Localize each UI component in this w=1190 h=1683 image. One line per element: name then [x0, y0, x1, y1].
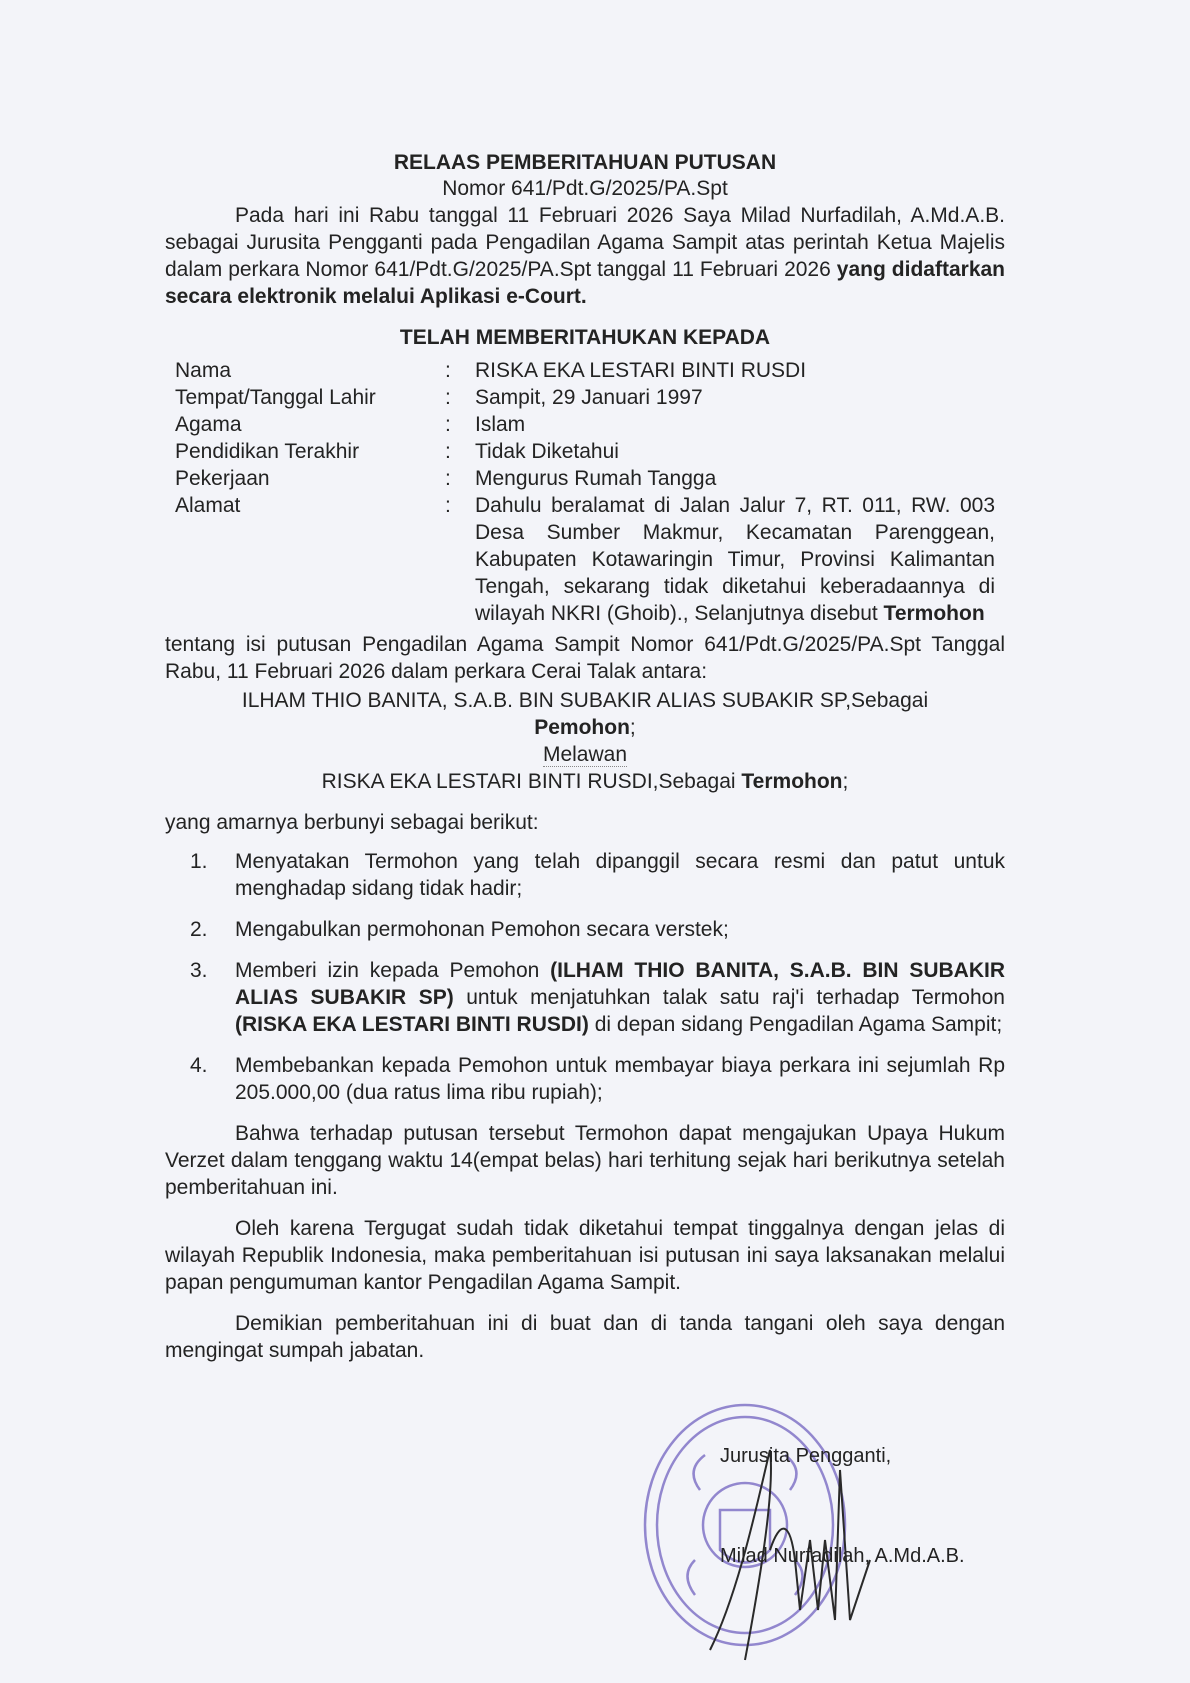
identity-row-alamat: Alamat:Dahulu beralamat di Jalan Jalur 7… — [175, 492, 1005, 627]
identity-table: Nama:RISKA EKA LESTARI BINTI RUSDI Tempa… — [175, 357, 1005, 627]
amar-list: 1.Menyatakan Termohon yang telah dipangg… — [165, 848, 1005, 1106]
document-title: RELAAS PEMBERITAHUAN PUTUSAN — [165, 150, 1005, 176]
signature-name: Milad Nurfadilah, A.Md.A.B. — [720, 1545, 965, 1568]
identity-row-ttl: Tempat/Tanggal Lahir:Sampit, 29 Januari … — [175, 384, 1005, 411]
amar-item: 2.Mengabulkan permohonan Pemohon secara … — [165, 916, 1005, 943]
document-number: Nomor 641/Pdt.G/2025/PA.Spt — [165, 176, 1005, 202]
identity-row-nama: Nama:RISKA EKA LESTARI BINTI RUSDI — [175, 357, 1005, 384]
amar-text: Membebankan kepada Pemohon untuk membaya… — [235, 1052, 1005, 1106]
paragraph-verzet: Bahwa terhadap putusan tersebut Termohon… — [165, 1120, 1005, 1201]
versus: Melawan — [165, 741, 1005, 768]
amar-item: 4.Membebankan kepada Pemohon untuk memba… — [165, 1052, 1005, 1106]
applicant-role: Pemohon; — [165, 714, 1005, 741]
parties-block: ILHAM THIO BANITA, S.A.B. BIN SUBAKIR AL… — [165, 687, 1005, 795]
about-paragraph: tentang isi putusan Pengadilan Agama Sam… — [165, 631, 1005, 685]
document-body: RELAAS PEMBERITAHUAN PUTUSAN Nomor 641/P… — [165, 150, 1005, 1364]
respondent: RISKA EKA LESTARI BINTI RUSDI,Sebagai Te… — [165, 768, 1005, 795]
identity-row-pekerjaan: Pekerjaan:Mengurus Rumah Tangga — [175, 465, 1005, 492]
amar-text: Menyatakan Termohon yang telah dipanggil… — [235, 848, 1005, 902]
amar-item: 3.Memberi izin kepada Pemohon (ILHAM THI… — [165, 957, 1005, 1038]
signature-role: Jurusita Pengganti, — [720, 1445, 891, 1468]
amar-number: 3. — [165, 957, 235, 1038]
amar-text: Memberi izin kepada Pemohon (ILHAM THIO … — [235, 957, 1005, 1038]
amar-number: 1. — [165, 848, 235, 902]
applicant: ILHAM THIO BANITA, S.A.B. BIN SUBAKIR AL… — [165, 687, 1005, 714]
identity-row-pendidikan: Pendidikan Terakhir:Tidak Diketahui — [175, 438, 1005, 465]
section-title: TELAH MEMBERITAHUKAN KEPADA — [165, 324, 1005, 351]
amar-intro: yang amarnya berbunyi sebagai berikut: — [165, 809, 1005, 836]
amar-item: 1.Menyatakan Termohon yang telah dipangg… — [165, 848, 1005, 902]
amar-number: 4. — [165, 1052, 235, 1106]
amar-text: Mengabulkan permohonan Pemohon secara ve… — [235, 916, 1005, 943]
paragraph-papan: Oleh karena Tergugat sudah tidak diketah… — [165, 1215, 1005, 1296]
identity-row-agama: Agama:Islam — [175, 411, 1005, 438]
paragraph-closing: Demikian pemberitahuan ini di buat dan d… — [165, 1310, 1005, 1364]
amar-number: 2. — [165, 916, 235, 943]
opening-paragraph: Pada hari ini Rabu tanggal 11 Februari 2… — [165, 202, 1005, 310]
